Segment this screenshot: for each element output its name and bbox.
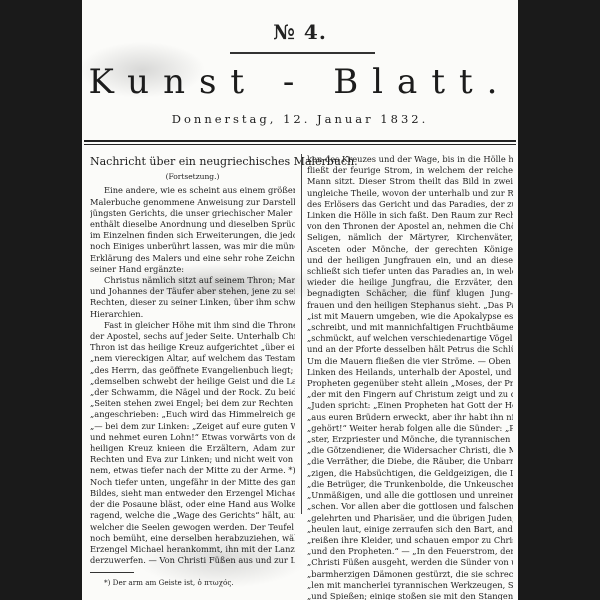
text-line: „des Herrn, das geöffnete Evangelienbuch… — [90, 365, 295, 376]
text-line: Noch tiefer unten, ungefähr in der Mitte… — [90, 477, 295, 488]
text-line: Bildes, sieht man entweder den Erzengel … — [90, 488, 295, 499]
left-column-text: Eine andere, wie es scheint aus einem gr… — [90, 185, 295, 566]
text-line: „schmückt, auf welchen verschiedenartige… — [307, 333, 513, 344]
text-line: „zigen, die Habsüchtigen, die Geldgeizig… — [307, 468, 513, 479]
text-line: noch bemüht, eine derselben herabzuziehe… — [90, 533, 295, 544]
text-line: „gelehrten und Pharisäer, und die übrige… — [307, 513, 513, 524]
masthead-title: Kunst - Blatt. — [82, 62, 518, 102]
header-short-rule — [230, 52, 375, 54]
footnote-rule — [90, 572, 134, 573]
text-line: Mann sitzt. Dieser Strom theilt das Bild… — [307, 176, 513, 187]
text-line: „der mit den Fingern auf Christum zeigt … — [307, 389, 513, 400]
text-line: ungleiche Theile, wovon der unterhalb un… — [307, 188, 513, 199]
right-column-text: ken des Kreuzes und der Wage, bis in die… — [307, 154, 513, 600]
text-line: Seligen, nämlich der Märtyrer, Kirchenvä… — [307, 232, 513, 243]
text-line: Asceten oder Mönche, der gerechten König… — [307, 244, 513, 255]
text-line: derzuwerfen. — Von Christi Füßen aus und… — [90, 555, 295, 566]
text-line: und nehmet euren Lohn!“ Etwas vorwärts v… — [90, 432, 295, 443]
text-line: heiligen Kreuz knieen die Erzältern, Ada… — [90, 443, 295, 454]
text-line: „angeschrieben: „Euch wird das Himmelrei… — [90, 409, 295, 420]
text-line: „und den Propheten.“ — „In den Feuerstro… — [307, 546, 513, 557]
text-line: Hierarchien. — [90, 309, 295, 320]
text-line: wieder die heilige Jungfrau, die Erzväte… — [307, 277, 513, 288]
left-column: Nachricht über ein neugriechisches Maler… — [90, 154, 295, 589]
text-line: „Unmäßigen, und alle die gottlosen und u… — [307, 490, 513, 501]
text-line: Thron ist das heilige Kreuz aufgerichtet… — [90, 342, 295, 353]
text-line: seiner Hand ergänzte: — [90, 264, 295, 275]
text-line: „len mit mancherlei tyrannischen Werkzeu… — [307, 580, 513, 591]
text-line: begnadigten Schächer, die fünf klugen Ju… — [307, 288, 513, 299]
text-line: ragend, welche die „Wage des Gerichts“ h… — [90, 510, 295, 521]
text-line: enthält dieselbe Anordnung und dieselben… — [90, 219, 295, 230]
issue-number: № 4. — [82, 20, 518, 44]
text-line: welcher die Seelen gewogen werden. Der T… — [90, 522, 295, 533]
text-line: „die Verräther, die Diebe, die Räuber, d… — [307, 456, 513, 467]
text-line: „Juden spricht: „Einen Propheten hat Got… — [307, 400, 513, 411]
text-line: Um die Mauern fließen die vier Ströme. —… — [307, 356, 513, 367]
text-line: frauen und den heiligen Stephanus sieht.… — [307, 300, 513, 311]
text-line: „schen. Vor allen aber die gottlosen und… — [307, 501, 513, 512]
text-line: Erzengel Michael herankommt, ihn mit der… — [90, 544, 295, 555]
newspaper-page: № 4. Kunst - Blatt. Donnerstag, 12. Janu… — [82, 0, 518, 600]
continuation-note: (Fortsetzung.) — [90, 171, 295, 182]
text-line: von den Thronen der Apostel an, nehmen d… — [307, 221, 513, 232]
text-line: „barmherzigen Dämonen gestürzt, die sie … — [307, 569, 513, 580]
text-line: „nem viereckigen Altar, auf welchem das … — [90, 353, 295, 364]
text-line: des Erlösers das Gericht und das Paradie… — [307, 199, 513, 210]
text-line: nem, etwas tiefer nach der Mitte zu der … — [90, 465, 295, 476]
text-line: „— bei dem zur Linken: „Zeiget auf eure … — [90, 421, 295, 432]
text-line: und an der Pforte desselben hält Petrus … — [307, 344, 513, 355]
text-line: „ster, Erzpriester und Mönche, die tyran… — [307, 434, 513, 445]
text-line: Linken die Hölle in sich faßt. Den Raum … — [307, 210, 513, 221]
column-divider — [301, 154, 302, 514]
text-line: und der heiligen Jungfrauen ein, und an … — [307, 255, 513, 266]
text-line: noch Einiges unberührt lassen, was mir d… — [90, 241, 295, 252]
header-double-rule — [84, 140, 516, 145]
text-line: „der Schwamm, die Nägel und der Rock. Zu… — [90, 387, 295, 398]
text-line: „schreibt, und mit mannichfaltigen Fruch… — [307, 322, 513, 333]
text-line: im Einzelnen finden sich Erweiterungen, … — [90, 230, 295, 241]
text-line: Erklärung des Malers und eine sehr rohe … — [90, 253, 295, 264]
text-line: Propheten gegenüber steht allein „Moses,… — [307, 378, 513, 389]
right-column: ken des Kreuzes und der Wage, bis in die… — [307, 154, 513, 600]
article-title: Nachricht über ein neugriechisches Maler… — [90, 156, 295, 167]
text-line: Malerbuche genommene Anweisung zur Darst… — [90, 197, 295, 208]
text-line: der Apostel, sechs auf jeder Seite. Unte… — [90, 331, 295, 342]
text-line: schließt sich tiefer unten das Paradies … — [307, 266, 513, 277]
text-line: ken des Kreuzes und der Wage, bis in die… — [307, 154, 513, 165]
text-line: „aus euren Brüdern erweckt, aber ihr hab… — [307, 412, 513, 423]
text-line: fließt der feurige Strom, in welchem der… — [307, 165, 513, 176]
text-line: „Christi Füßen ausgeht, werden die Sünde… — [307, 557, 513, 568]
footnote: *) Der arm am Geiste ist, ὁ πτωχός. — [90, 577, 295, 588]
text-line: „die Betrüger, die Trunkenbolde, die Unk… — [307, 479, 513, 490]
text-line: „reißen ihre Kleider, und schauen empor … — [307, 535, 513, 546]
text-line: „Seiten stehen zwei Engel; bei dem zur R… — [90, 398, 295, 409]
text-line: jüngsten Gerichts, die unser griechische… — [90, 208, 295, 219]
text-line: Rechten, dieser zu seiner Linken, über i… — [90, 297, 295, 308]
text-line: Eine andere, wie es scheint aus einem gr… — [90, 185, 295, 196]
text-line: „demselben schwebt der heilige Geist und… — [90, 376, 295, 387]
text-line: Linken des Heilands, unterhalb der Apost… — [307, 367, 513, 378]
text-line: und Johannes der Täufer aber stehen, jen… — [90, 286, 295, 297]
text-line: „die Götzendiener, die Widersacher Chris… — [307, 445, 513, 456]
text-line: „und Spießen; einige stoßen sie mit den … — [307, 591, 513, 600]
text-line: „gehört!“ Weiter herab folgen alle die S… — [307, 423, 513, 434]
text-line: Rechten und Eva zur Linken; und nicht we… — [90, 454, 295, 465]
text-line: Fast in gleicher Höhe mit ihm sind die T… — [90, 320, 295, 331]
text-line: „heulen laut, einige zerraufen sich den … — [307, 524, 513, 535]
text-line: „ist mit Mauern umgeben, wie die Apokaly… — [307, 311, 513, 322]
text-line: der die Posaune bläst, oder eine Hand au… — [90, 499, 295, 510]
dateline: Donnerstag, 12. Januar 1832. — [82, 112, 518, 126]
text-line: Christus nämlich sitzt auf seinem Thron;… — [90, 275, 295, 286]
